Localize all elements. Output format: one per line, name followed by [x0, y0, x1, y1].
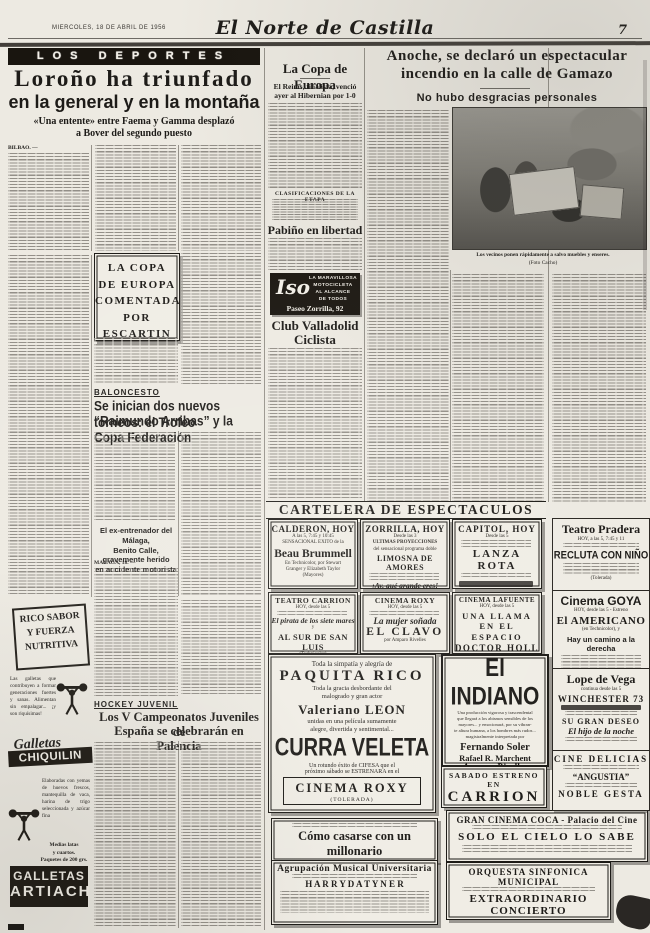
iso-logo: Iso: [276, 275, 310, 299]
escartin-line: COMENTADA: [95, 293, 179, 310]
column-rule: [178, 145, 179, 251]
film-title: El pirata de los siete mares: [269, 616, 357, 625]
ad-line: malogrado y gran actor: [269, 693, 435, 701]
film-title: SOLO EL CIELO LO SABE: [447, 831, 647, 843]
page-number: 7: [618, 23, 638, 38]
curra-veleta-ad: Toda la simpatía y alegría de PAQUITA RI…: [268, 654, 436, 813]
ad-body-line: te altura humana, a los hombres más rudo…: [443, 728, 547, 734]
film-title: El INDIANO: [443, 654, 547, 712]
illegible-text: [181, 600, 261, 696]
illegible-text: [277, 611, 347, 615]
film-title: La mujer soñada: [361, 616, 449, 626]
artist-name: H A R R Y D A T Y N E R: [272, 879, 437, 889]
cast-name: Rafael R. Marchent: [443, 753, 547, 763]
iso-ad-line: LA MARAVILLOSA: [308, 276, 358, 283]
baloncesto-kicker: BALONCESTO: [94, 388, 160, 397]
iso-ad-copy: LA MARAVILLOSA MOTOCICLETA AL ALCANCE DE…: [308, 276, 358, 304]
illegible-text: [268, 238, 362, 270]
illegible-bold-title: [459, 581, 533, 587]
ad-body: Una producción vigorosa y trascendental …: [443, 710, 547, 740]
agrupacion-ad: Agrupación Musical Universitaria H A R R…: [271, 860, 438, 925]
illegible-text: [8, 153, 89, 251]
film-title: CURRA VELETA: [269, 734, 435, 763]
strap-line: SABADO ESTRENO EN: [442, 771, 546, 789]
date-line: MIERCOLES, 18 DE ABRIL DE 1956: [52, 25, 232, 31]
film-title-line: EN EL ESPACIO: [453, 621, 541, 641]
cinema-name: Teatro Pradera: [553, 522, 649, 537]
iso-ad-line: DE TODOS: [308, 297, 358, 304]
illegible-list: [272, 199, 358, 220]
divider: [300, 78, 330, 79]
chiquilin-slogan-box: RICO SABOR Y FUERZA NUTRITIVA: [12, 603, 90, 670]
film-title-line: UNA LLAMA: [453, 611, 541, 621]
illegible-bold-title: [561, 705, 641, 710]
iso-ad-line: AL ALCANCE: [308, 290, 358, 297]
film-title: “ANGUSTIA”: [553, 772, 649, 782]
film-title: LANZA ROTA: [453, 548, 541, 572]
illegible-text: [94, 338, 178, 384]
photo-caption-1: Los vecinos ponen rápidamente a salvo mu…: [438, 252, 648, 258]
pabino-title: Pabiño en libertad: [266, 223, 364, 238]
escartin-line: DE EUROPA: [95, 277, 179, 294]
iso-moto-ad: Iso LA MARAVILLOSA MOTOCICLETA AL ALCANC…: [270, 273, 360, 315]
illegible-text: [565, 783, 637, 788]
listing-goya: Cinema GOYA HOY, desde las 5 - Estreno E…: [552, 590, 650, 669]
ad-body-line: magistralmente interpretada por: [443, 734, 547, 740]
illegible-text: [461, 540, 531, 547]
chiquilin-copy: Las galletas que contribuyen a formar ge…: [10, 676, 56, 734]
illegible-text: [565, 711, 637, 716]
column-rule: [450, 270, 451, 502]
illegible-text: [268, 103, 362, 189]
artiach-line1: GALLETAS: [10, 869, 88, 883]
illegible-text: [452, 274, 544, 502]
artiach-copy: Elaboradas con yemas de huevos frescos, …: [42, 778, 90, 834]
film-title: NOBLE GESTA: [553, 789, 649, 799]
incendio-subhead: No hubo desgracias personales: [366, 92, 648, 104]
film-title: El hijo de la noche: [553, 726, 649, 736]
column-rule: [91, 255, 92, 597]
film-title: EL CLAVO: [361, 626, 449, 638]
cartelera-banner: CARTELERA DE ESPECTACULOS: [266, 501, 546, 519]
photo-furniture: [580, 184, 625, 220]
event-title: EXTRAORDINARIO CONCIERTO: [447, 893, 610, 917]
illegible-text: [563, 765, 639, 771]
illegible-text: [94, 568, 178, 696]
deportes-lead: BILBAO. —: [8, 145, 38, 151]
hockey-kicker: HOCKEY JUVENIL: [94, 700, 178, 709]
millonario-ad: Cómo casarse con un millonario: [271, 818, 438, 862]
listing-pradera: Teatro Pradera HOY, a las 5, 7:45 y 11 R…: [552, 518, 650, 591]
cinema-times: HOY, desde las 5: [453, 604, 541, 610]
illegible-text: [369, 611, 439, 615]
venue-rating: (TOLERADA): [284, 797, 420, 803]
illegible-text: [563, 543, 639, 548]
organization-name: ORQUESTA SINFONICA MUNICIPAL: [447, 867, 610, 887]
cinema-name: ZORRILLA, HOY: [361, 524, 449, 534]
illegible-text: [461, 573, 531, 579]
cinema-name: CAPITOL, HOY: [453, 524, 541, 534]
cinema-ad-roxy: CINEMA ROXY HOY, desde las 5 La mujer so…: [360, 592, 450, 654]
film-title: WINCHESTER 73: [553, 694, 649, 704]
malaga-lead: MALAGA, 18. —: [94, 560, 136, 566]
copa-europa-subhead-2: ayer al Hibernian por 1-0: [266, 91, 364, 100]
club-ciclista-line2: Ciclista: [266, 332, 364, 348]
illegible-text: [292, 823, 417, 827]
newspaper-page: MIERCOLES, 18 DE ABRIL DE 1956 El Norte …: [0, 0, 650, 933]
cinema-cast: por Amparo Rivelles: [361, 638, 449, 644]
star-name: PAQUITA RICO: [269, 668, 435, 685]
cinema-name: CALDERON, HOY: [269, 524, 357, 534]
illegible-text: [561, 655, 641, 670]
sizes-line: y cuartos.: [38, 850, 90, 858]
cinema-name: GRAN CINEMA COCA - Palacio del Cine: [447, 815, 647, 825]
escartin-box: LA COPA DE EUROPA COMENTADA POR ESCARTIN: [94, 253, 180, 341]
cinema-name: Cinema GOYA: [553, 594, 649, 608]
deportes-subhead-2: a Bover del segundo puesto: [8, 128, 260, 139]
column-rule: [364, 48, 365, 502]
artiach-brand-box: GALLETAS ARTIACH: [10, 866, 88, 907]
scan-edge-shadow: [643, 60, 647, 310]
illegible-text: [472, 825, 622, 830]
film-title: Beau Brummell: [269, 548, 357, 560]
cinema-rating: (Mayores): [269, 573, 357, 579]
deportes-headline-2: en la general y en la montaña: [8, 92, 260, 113]
masthead: El Norte de Castilla: [215, 17, 435, 39]
weightlifter-icon: [56, 678, 88, 722]
illegible-text: [268, 348, 362, 500]
cinema-name: TEATRO CARRION: [269, 596, 357, 605]
cast-name: Fernando Soler: [443, 742, 547, 753]
photo-caption-2: (Foto Cacho): [438, 260, 648, 266]
sizes-line: Medias latas: [38, 842, 90, 850]
orquesta-ad: ORQUESTA SINFONICA MUNICIPAL EXTRAORDINA…: [446, 862, 611, 920]
film-title: Hay un camino a la derecha: [553, 635, 649, 653]
illegible-text: [95, 145, 176, 251]
illegible-text: [367, 110, 449, 502]
artiach-line2: ARTIACH: [10, 883, 88, 900]
illegible-text: [565, 737, 637, 742]
ad-line: Toda la gracia desbordante del: [269, 685, 435, 693]
film-title: AL SUR DE SAN LUIS: [269, 632, 357, 652]
deportes-subhead-1: «Una entente» entre Faema y Gamma despla…: [8, 116, 260, 127]
column-rule: [178, 431, 179, 596]
ad-line: Toda la simpatía y alegría de: [269, 660, 435, 668]
header-rule: [8, 38, 642, 39]
artiach-sizes: Medias latas y cuartos. Paquetes de 200 …: [38, 842, 90, 865]
film-title: ¡Ay, qué grande eres!: [361, 581, 449, 589]
cinema-note: del sensacional programa doble: [361, 547, 449, 553]
coca-ad: GRAN CINEMA COCA - Palacio del Cine SOLO…: [446, 810, 648, 862]
illegible-text: [552, 274, 646, 502]
indiano-ad: El INDIANO Una producción vigorosa y tra…: [441, 654, 549, 767]
cinema-note: SENSACIONAL EXITO de la: [269, 540, 357, 546]
illegible-text: [181, 253, 261, 384]
illegible-text: [181, 432, 261, 596]
incendio-photo: [452, 107, 647, 250]
cinema-times: continua desde las 5: [553, 687, 649, 693]
divider: [480, 88, 530, 89]
illegible-text: [181, 145, 261, 251]
film-title: LIMOSNA DE AMORES: [361, 554, 449, 572]
film-title: UNA LLAMA EN EL ESPACIO: [453, 611, 541, 642]
cinema-ad-carrion: TEATRO CARRION HOY, desde las 5 El pirat…: [268, 592, 358, 654]
incendio-headline-1: Anoche, se declaró un espectacular: [366, 48, 648, 65]
column-rule: [91, 145, 92, 251]
cinema-times: HOY, desde las 5 - Estreno: [553, 608, 649, 614]
cinema-note: ULTIMAS PROYECCIONES: [361, 540, 449, 546]
iso-address: Paseo Zorrilla, 92: [270, 304, 360, 313]
conjunction: (en Technicolor), y: [553, 627, 649, 633]
strap-line: CARRION: [442, 789, 546, 806]
weightlifter-icon: [8, 796, 40, 856]
deportes-headline-1: Loroño ha triunfado: [8, 66, 260, 92]
illegible-text: [563, 563, 639, 575]
illegible-text: [369, 573, 439, 580]
cinema-name: CINEMA LAFUENTE: [453, 596, 541, 604]
film-title: SU GRAN DESEO: [553, 717, 649, 726]
iso-ad-line: MOTOCICLETA: [308, 283, 358, 290]
cinema-ad-lafuente: CINEMA LAFUENTE HOY, desde las 5 UNA LLA…: [452, 592, 542, 654]
film-title: El AMERICANO: [553, 615, 649, 627]
star-name: Valeriano LEON: [269, 702, 435, 718]
illegible-text: [472, 919, 585, 920]
illegible-text: [181, 742, 261, 928]
print-mark: [8, 924, 24, 930]
brand-main: CHIQUILIN: [8, 747, 93, 767]
ad-line: unidas en una película sumamente: [269, 718, 435, 726]
illegible-text: [280, 891, 429, 913]
illegible-text: [94, 742, 176, 928]
cinema-name: CINEMA ROXY: [361, 596, 449, 605]
chiquilin-brand: Galletas CHIQUILIN: [7, 734, 92, 767]
illegible-text: [8, 255, 89, 595]
organization-name: Agrupación Musical Universitaria: [272, 864, 437, 874]
illegible-text: [462, 845, 632, 852]
ad-line: próximo sábado se ESTRENARA en el: [269, 769, 435, 775]
illegible-text: [292, 874, 417, 878]
column-rule: [178, 741, 179, 928]
cinema-rating: (Tolerada): [553, 576, 649, 582]
sizes-line: Paquetes de 200 grs.: [38, 857, 90, 865]
escartin-line: POR ESCARTIN: [95, 310, 179, 342]
cinema-ad-calderon: CALDERON, HOY A las 5, 7:45 y 10:45 SENS…: [268, 519, 358, 589]
copa-europa-subhead-1: El Reims, finalista, venció: [266, 82, 364, 91]
column-rule: [264, 48, 265, 930]
listing-lope: Lope de Vega continua desde las 5 WINCHE…: [552, 668, 650, 751]
listing-delicias: CINE DELICIAS “ANGUSTIA” NOBLE GESTA: [552, 750, 650, 811]
incendio-headline-2: incendio en la calle de Gamazo: [366, 66, 648, 83]
film-title: Cómo casarse con un millonario: [272, 829, 437, 859]
film-title: DOCTOR HOLL: [453, 643, 541, 653]
escartin-line: LA COPA: [95, 260, 179, 277]
indiano-strap: SABADO ESTRENO EN CARRION: [441, 766, 547, 808]
illegible-text: [462, 887, 595, 892]
venue-name: CINEMA ROXY: [295, 781, 408, 795]
cinema-name: CINE DELICIAS: [553, 754, 649, 764]
cinema-name: Lope de Vega: [553, 672, 649, 687]
venue-box: CINEMA ROXY (TOLERADA): [283, 777, 421, 805]
scan-band: [0, 41, 650, 47]
illegible-text: [94, 432, 175, 522]
film-title: RECLUTA CON NIÑO: [553, 549, 649, 562]
photo-furniture: [509, 166, 580, 216]
malaga-headline-line: El ex-entrenador del Málaga,: [94, 526, 178, 546]
deportes-banner: LOS DEPORTES: [8, 48, 260, 65]
cinema-ad-zorrilla: ZORRILLA, HOY Desde las 3 ULTIMAS PROYEC…: [360, 519, 450, 589]
scan-smudge: [613, 893, 650, 932]
cinema-ad-capitol: CAPITOL, HOY Desde las 5 LANZA ROTA: [452, 519, 542, 589]
